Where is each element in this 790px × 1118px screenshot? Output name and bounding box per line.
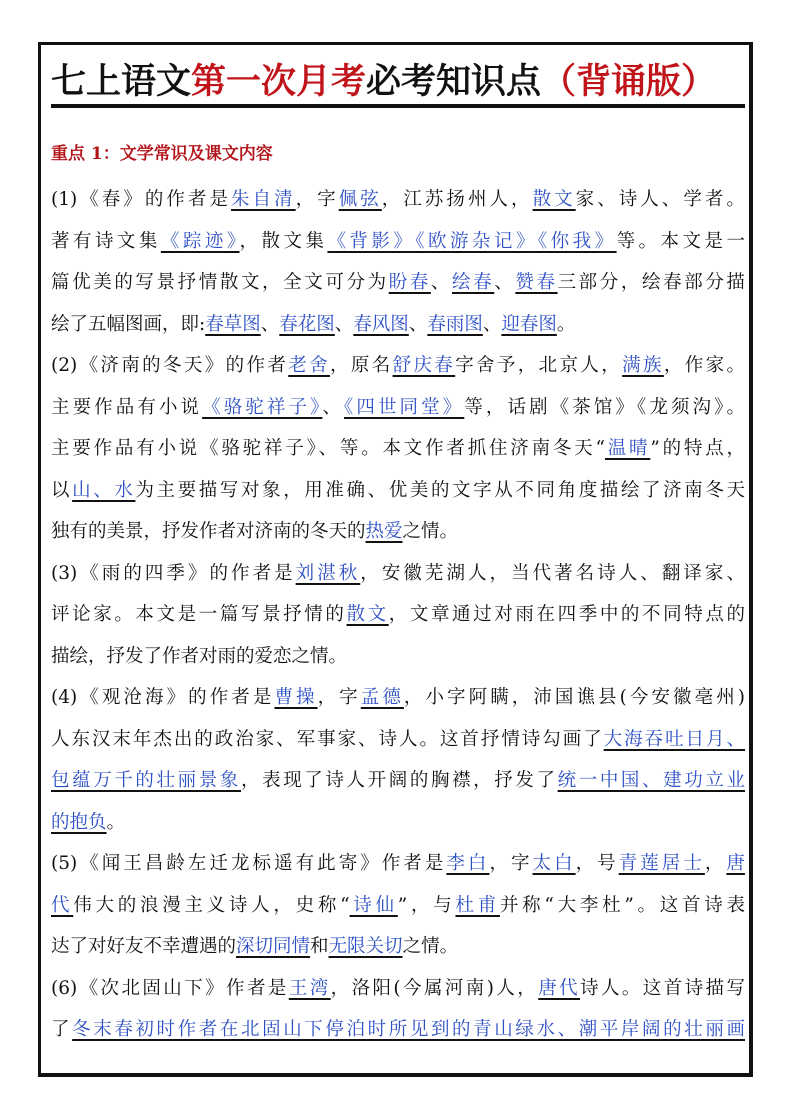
keyword-link[interactable]: 王湾 <box>289 978 331 999</box>
text-segment: 字舍予，北京人， <box>455 355 622 376</box>
text-segment: 篇优美的写景抒情散文，全文可分为 <box>51 272 389 293</box>
text-segment: (3)《雨的四季》的作者是 <box>51 563 296 584</box>
keyword-link[interactable]: 唐代 <box>538 978 580 999</box>
keyword-link[interactable]: 春雨图 <box>427 314 483 335</box>
text-segment: 和 <box>310 936 329 957</box>
text-line: 以山、水为主要描写对象，用准确、优美的文字从不同角度描绘了济南冬天 <box>51 474 745 516</box>
text-segment: ，散文集 <box>240 231 328 252</box>
text-segment: 家、诗人、学者。 <box>576 189 745 210</box>
keyword-link[interactable]: 朱自清 <box>231 189 296 210</box>
text-line: 评论家。本文是一篇写景抒情的散文，文章通过对雨在四季中的不同特点的 <box>51 598 745 640</box>
keyword-link[interactable]: 的抱负 <box>51 812 107 833</box>
text-segment: 之情。 <box>403 521 459 542</box>
text-segment: ，安徽芜湖人，当代著名诗人、翻译家、 <box>360 563 745 584</box>
document-frame: 七上语文第一次月考必考知识点（背诵版） 重点 1：文学常识及课文内容 (1)《春… <box>38 42 753 1077</box>
text-segment: 了 <box>51 1019 72 1040</box>
text-line: (6)《次北固山下》作者是王湾，洛阳(今属河南)人，唐代诗人。这首诗描写 <box>51 972 745 1014</box>
keyword-link[interactable]: 太白 <box>533 853 576 874</box>
title-part-1: 七上语文 <box>51 61 191 102</box>
body-text: (1)《春》的作者是朱自清，字佩弦，江苏扬州人，散文家、诗人、学者。著有诗文集《… <box>51 183 745 1055</box>
text-line: (4)《观沧海》的作者是曹操，字孟德，小字阿瞒，沛国谯县(今安徽亳州) <box>51 681 745 723</box>
keyword-link[interactable]: 李白 <box>446 853 489 874</box>
keyword-link[interactable]: 孟德 <box>361 687 404 708</box>
keyword-link[interactable]: 无限关切 <box>329 936 403 957</box>
title-part-4-highlight: （背诵版） <box>541 61 716 102</box>
keyword-link[interactable]: 赞春 <box>515 272 557 293</box>
text-line: 人东汉末年杰出的政治家、军事家、诗人。这首抒情诗勾画了大海吞吐日月、 <box>51 723 745 765</box>
title-part-2-highlight: 第一次月考 <box>191 61 366 102</box>
text-line: 绘了五幅图画，即:春草图、春花图、春风图、春雨图、迎春图。 <box>51 308 745 350</box>
text-segment: 人东汉末年杰出的政治家、军事家、诗人。这首抒情诗勾画了 <box>51 729 604 750</box>
keyword-link[interactable]: 绘春 <box>452 272 494 293</box>
keyword-link[interactable]: 《背影》《欧游杂记》《你我》 <box>327 231 616 252</box>
keyword-link[interactable]: 青莲居士 <box>619 853 705 874</box>
text-segment: 主要作品有小说 <box>51 397 202 418</box>
keyword-link[interactable]: 包蕴万千的壮丽景象 <box>51 770 241 791</box>
text-segment: (1)《春》的作者是 <box>51 189 231 210</box>
text-segment: ，洛阳(今属河南)人， <box>331 978 539 999</box>
text-segment: ，文章通过对雨在四季中的不同特点的 <box>389 604 745 625</box>
keyword-link[interactable]: 舒庆春 <box>393 355 456 376</box>
text-segment: 达了对好友不幸遭遇的 <box>51 936 236 957</box>
keyword-link[interactable]: 曹操 <box>274 687 317 708</box>
keyword-link[interactable]: 《四世同堂》 <box>344 397 464 418</box>
title-part-3: 必考知识点 <box>366 61 541 102</box>
text-line: 主要作品有小说《骆驼祥子》、等。本文作者抓住济南冬天“温晴”的特点， <box>51 432 745 474</box>
text-segment: 以 <box>51 480 72 501</box>
keyword-link[interactable]: 山、水 <box>72 480 135 501</box>
text-segment: 。 <box>557 314 576 335</box>
text-segment: ，江苏扬州人， <box>382 189 533 210</box>
keyword-link[interactable]: 唐 <box>726 853 745 874</box>
keyword-link[interactable]: 散文 <box>533 189 576 210</box>
keyword-link[interactable]: 深切同情 <box>236 936 310 957</box>
keyword-link[interactable]: 热爱 <box>366 521 403 542</box>
text-segment: 三部分，绘春部分描 <box>558 272 745 293</box>
text-line: (3)《雨的四季》的作者是刘湛秋，安徽芜湖人，当代著名诗人、翻译家、 <box>51 557 745 599</box>
text-segment: ，字 <box>318 687 361 708</box>
text-segment: 描绘，抒发了作者对雨的爱恋之情。 <box>51 646 347 667</box>
text-segment: 等。本文是一 <box>617 231 745 252</box>
text-segment: 、 <box>335 314 354 335</box>
text-segment: ，表现了诗人开阔的胸襟，抒发了 <box>241 770 558 791</box>
page-title: 七上语文第一次月考必考知识点（背诵版） <box>51 57 745 107</box>
text-line: 的抱负。 <box>51 806 745 848</box>
text-segment: 、 <box>322 397 344 418</box>
keyword-link[interactable]: 统一中国、建功立业 <box>558 770 745 791</box>
text-segment: 等，话剧《茶馆》《龙须沟》。 <box>464 397 745 418</box>
text-line: 达了对好友不幸遭遇的深切同情和无限关切之情。 <box>51 930 745 972</box>
text-line: 主要作品有小说《骆驼祥子》、《四世同堂》等，话剧《茶馆》《龙须沟》。 <box>51 391 745 433</box>
keyword-link[interactable]: 代 <box>51 895 73 916</box>
text-segment: (2)《济南的冬天》的作者 <box>51 355 288 376</box>
keyword-link[interactable]: 老舍 <box>288 355 330 376</box>
text-line: 代伟大的浪漫主义诗人，史称“诗仙”，与杜甫并称“大李杜”。这首诗表 <box>51 889 745 931</box>
text-segment: 独有的美景，抒发作者对济南的冬天的 <box>51 521 366 542</box>
text-line: (1)《春》的作者是朱自清，字佩弦，江苏扬州人，散文家、诗人、学者。 <box>51 183 745 225</box>
text-segment: 著有诗文集 <box>51 231 161 252</box>
text-line: 描绘，抒发了作者对雨的爱恋之情。 <box>51 640 745 682</box>
keyword-link[interactable]: 满族 <box>622 355 664 376</box>
text-segment: ，原名 <box>330 355 393 376</box>
text-segment: ，字 <box>296 189 339 210</box>
text-segment: 为主要描写对象，用准确、优美的文字从不同角度描绘了济南冬天 <box>135 480 745 501</box>
keyword-link[interactable]: 《踪迹》 <box>161 231 240 252</box>
text-line: 著有诗文集《踪迹》，散文集《背影》《欧游杂记》《你我》等。本文是一 <box>51 225 745 267</box>
keyword-link[interactable]: 春花图 <box>279 314 335 335</box>
text-line: 独有的美景，抒发作者对济南的冬天的热爱之情。 <box>51 515 745 557</box>
text-segment: ”，与 <box>398 895 456 916</box>
keyword-link[interactable]: 冬末春初时作者在北固山下停泊时所见到的青山绿水、潮平岸阔的壮丽画 <box>72 1019 745 1040</box>
text-line: (2)《济南的冬天》的作者老舍，原名舒庆春字舍予，北京人，满族，作家。 <box>51 349 745 391</box>
text-segment: 绘了五幅图画，即: <box>51 314 205 335</box>
keyword-link[interactable]: 春草图 <box>205 314 261 335</box>
text-segment: 、 <box>483 314 502 335</box>
text-segment: ，号 <box>576 853 619 874</box>
keyword-link[interactable]: 《骆驼祥子》 <box>202 397 322 418</box>
text-line: 包蕴万千的壮丽景象，表现了诗人开阔的胸襟，抒发了统一中国、建功立业 <box>51 764 745 806</box>
keyword-link[interactable]: 春风图 <box>353 314 409 335</box>
text-segment: 并称“大李杜”。这首诗表 <box>500 895 745 916</box>
text-segment: (6)《次北固山下》作者是 <box>51 978 289 999</box>
text-line: 了冬末春初时作者在北固山下停泊时所见到的青山绿水、潮平岸阔的壮丽画 <box>51 1013 745 1055</box>
text-segment: 、 <box>409 314 428 335</box>
text-segment: (5)《闻王昌龄左迁龙标遥有此寄》作者是 <box>51 853 446 874</box>
text-segment: 、 <box>261 314 280 335</box>
keyword-link[interactable]: 温晴 <box>605 438 650 459</box>
title-underline-divider <box>51 104 745 108</box>
keyword-link[interactable]: 诗仙 <box>350 895 398 916</box>
text-segment: ，字 <box>489 853 532 874</box>
text-line: 篇优美的写景抒情散文，全文可分为盼春、绘春、赞春三部分，绘春部分描 <box>51 266 745 308</box>
text-segment: (4)《观沧海》的作者是 <box>51 687 274 708</box>
text-segment: 之情。 <box>403 936 459 957</box>
keyword-link[interactable]: 散文 <box>347 604 389 625</box>
text-line: (5)《闻王昌龄左迁龙标遥有此寄》作者是李白，字太白，号青莲居士，唐 <box>51 847 745 889</box>
text-segment: 、 <box>494 272 515 293</box>
text-segment: 主要作品有小说《骆驼祥子》、等。本文作者抓住济南冬天“ <box>51 438 605 459</box>
text-segment: 伟大的浪漫主义诗人，史称“ <box>73 895 349 916</box>
keyword-link[interactable]: 杜甫 <box>455 895 499 916</box>
text-segment: 、 <box>431 272 452 293</box>
text-segment: 诗人。这首诗描写 <box>580 978 745 999</box>
text-segment: ， <box>705 853 727 874</box>
text-segment: ，作家。 <box>664 355 745 376</box>
keyword-link[interactable]: 盼春 <box>389 272 431 293</box>
section-heading: 重点 1：文学常识及课文内容 <box>51 142 273 166</box>
keyword-link[interactable]: 大海吞吐日月、 <box>604 729 745 750</box>
keyword-link[interactable]: 刘湛秋 <box>296 563 361 584</box>
text-segment: 评论家。本文是一篇写景抒情的 <box>51 604 347 625</box>
text-segment: 。 <box>107 812 126 833</box>
text-segment: ”的特点， <box>650 438 745 459</box>
keyword-link[interactable]: 迎春图 <box>501 314 557 335</box>
keyword-link[interactable]: 佩弦 <box>339 189 382 210</box>
text-segment: ，小字阿瞒，沛国谯县(今安徽亳州) <box>404 687 745 708</box>
